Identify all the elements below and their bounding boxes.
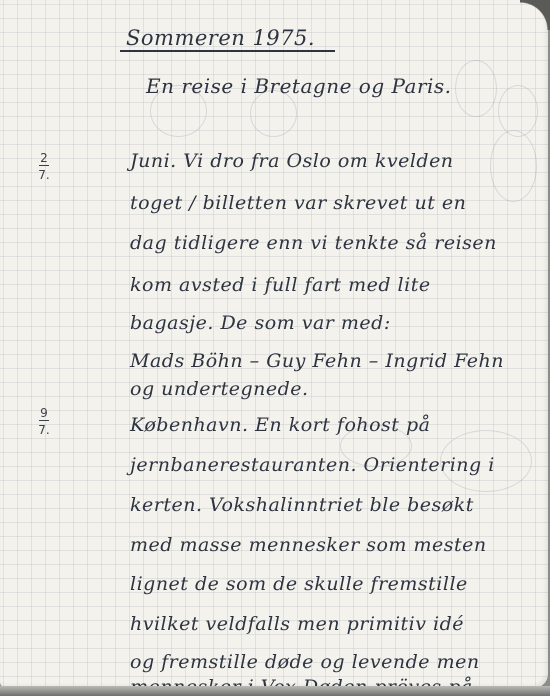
entry-line: kerten. Vokshalinntriet ble besøkt	[130, 494, 474, 516]
entry-line: Juni. Vi dro fra Oslo om kvelden	[130, 150, 454, 172]
page-subtitle: En reise i Bretagne og Paris.	[146, 74, 452, 98]
page-corner	[520, 0, 550, 30]
entry-line: København. En kort fohost på	[130, 414, 430, 436]
entry-line: Mads Böhn – Guy Fehn – Ingrid Fehn	[130, 350, 504, 372]
bleed-through-sketch	[490, 130, 537, 202]
entry-line: lignet de som de skulle fremstille	[130, 573, 468, 595]
entry-line: jernbanerestauranten. Orientering i	[130, 454, 495, 476]
date-month: 7.	[34, 424, 54, 437]
entry-line: toget / billetten var skrevet ut en	[130, 192, 466, 214]
title-underline	[120, 50, 335, 52]
entry-line: bagasje. De som var med:	[130, 312, 391, 334]
entry-line: med masse mennesker som mesten	[130, 534, 487, 556]
entry-line: kom avsted i full fart med lite	[130, 274, 431, 296]
bleed-through-sketch	[455, 60, 497, 117]
entry-line: dag tidligere enn vi tenkte så reisen	[130, 232, 497, 254]
date-day: 2	[39, 152, 49, 166]
entry-line: hvilket veldfalls men primitiv idé	[130, 613, 464, 635]
page-title: Sommeren 1975.	[126, 26, 315, 50]
entry-date-2: 9 7.	[34, 407, 54, 437]
date-day: 9	[39, 407, 49, 421]
entry-date-1: 2 7.	[34, 152, 54, 182]
page-edge-shadow	[0, 686, 550, 696]
entry-line: og fremstille døde og levende men	[130, 651, 480, 673]
notebook-page: Sommeren 1975. En reise i Bretagne og Pa…	[0, 0, 548, 688]
date-month: 7.	[34, 169, 54, 182]
entry-line: og undertegnede.	[130, 378, 309, 400]
bleed-through-sketch	[498, 85, 538, 137]
